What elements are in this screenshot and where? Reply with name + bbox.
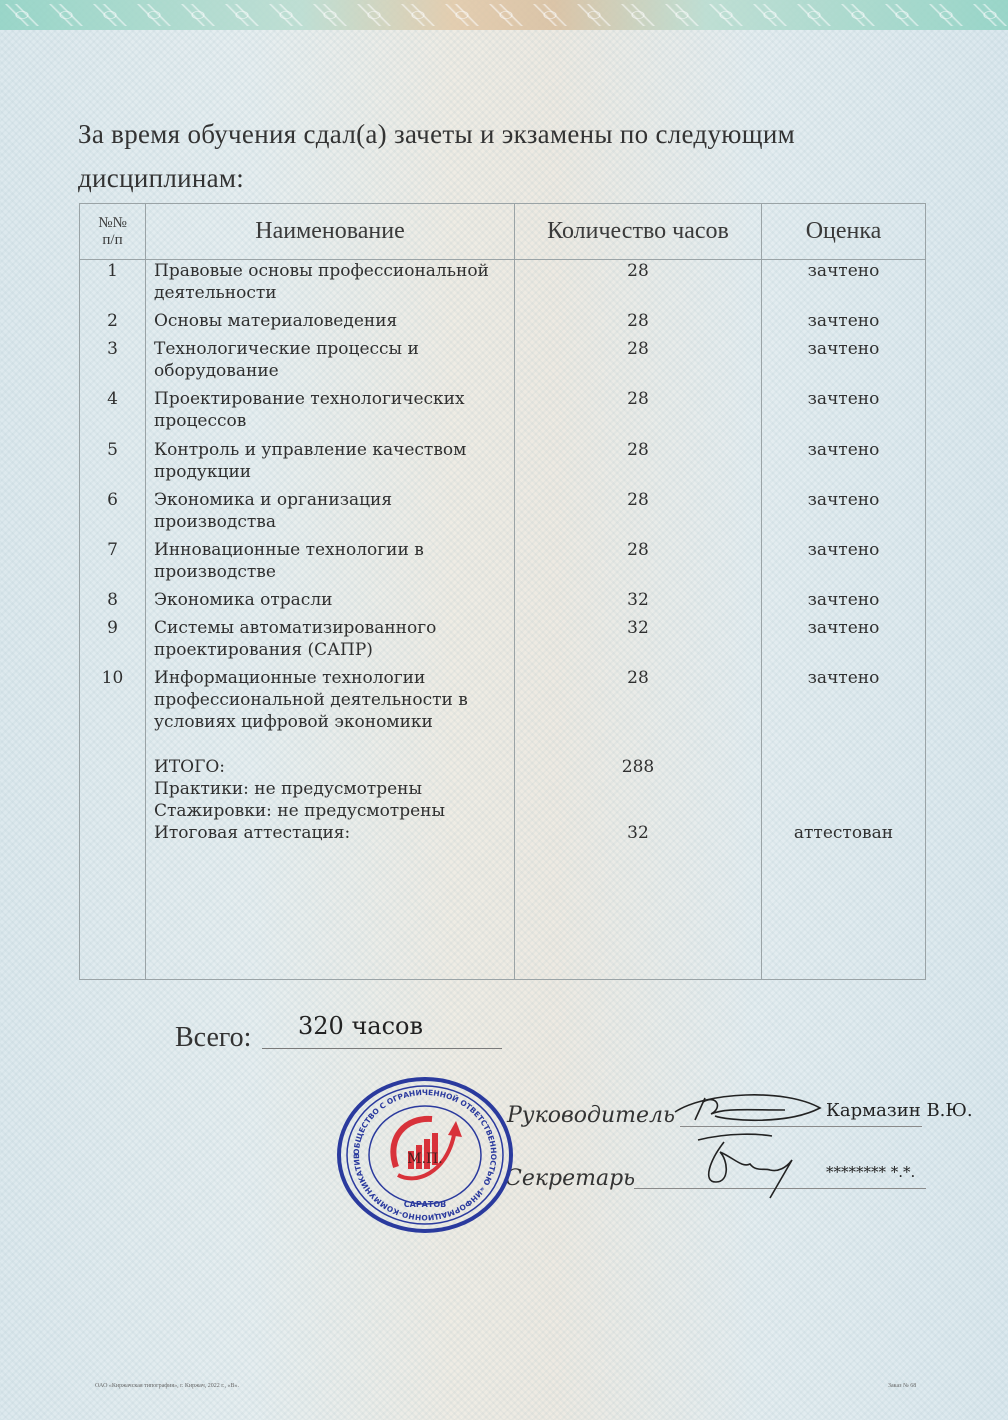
table-row: 7Инновационные технологии в производстве… [80,539,926,589]
row-discipline-name: Экономика и организация производства [146,489,515,539]
header-name: Наименование [146,204,515,260]
row-grade: зачтено [762,539,926,589]
director-label: Руководитель [507,1103,675,1128]
row-number: 8 [80,589,146,617]
row-hours: 28 [515,489,762,539]
row-hours: 28 [515,310,762,338]
table-row: 9Системы автоматизированного проектирова… [80,617,926,667]
summary-final-grade: аттестован [762,822,925,844]
row-number: 9 [80,617,146,667]
summary-total-hours: 288 [515,756,761,778]
row-hours: 28 [515,338,762,388]
header-hours: Количество часов [515,204,762,260]
row-number: 2 [80,310,146,338]
row-grade: зачтено [762,338,926,388]
row-hours: 32 [515,589,762,617]
row-hours: 28 [515,388,762,438]
row-grade: зачтено [762,489,926,539]
director-signature-icon [665,1090,825,1130]
row-number: 4 [80,388,146,438]
stamp-city: САРАТОВ [404,1200,446,1209]
header-number-line2: п/п [80,232,145,249]
row-grade: зачтено [762,439,926,489]
row-grade: зачтено [762,667,926,739]
row-discipline-name: Контроль и управление качеством продукци… [146,439,515,489]
row-hours: 28 [515,539,762,589]
table-header-row: №№ п/п Наименование Количество часов Оце… [80,204,926,260]
row-hours: 28 [515,439,762,489]
stamp-mp-label: М.П. [407,1151,442,1167]
printer-footer: ОАО «Киржачская типография», г. Киржач, … [95,1383,239,1389]
row-discipline-name: Информационные технологии профессиональн… [146,667,515,739]
summary-grades: аттестован [762,740,926,980]
row-discipline-name: Системы автоматизированного проектирован… [146,617,515,667]
row-grade: зачтено [762,260,926,311]
table-row: 3Технологические процессы и оборудование… [80,338,926,388]
header-number-line1: №№ [80,215,145,232]
row-grade: зачтено [762,310,926,338]
summary-hours: 288 32 [515,740,762,980]
secretary-signature-icon [690,1130,800,1202]
row-discipline-name: Инновационные технологии в производстве [146,539,515,589]
stamp-logo-arrow-icon [448,1121,462,1137]
row-hours: 28 [515,260,762,311]
decorative-top-border [0,0,1008,30]
secretary-name: ******** *.*. [826,1163,915,1181]
row-number: 7 [80,539,146,589]
header-grade: Оценка [762,204,926,260]
secretary-label: Секретарь [505,1166,635,1191]
total-label: Всего: [175,1022,251,1054]
grades-table: №№ п/п Наименование Количество часов Оце… [79,203,926,980]
director-name: Кармазин В.Ю. [826,1100,973,1121]
row-hours: 32 [515,617,762,667]
table-row: 5Контроль и управление качеством продукц… [80,439,926,489]
summary-practice-label: Практики: не предусмотрены [154,778,514,800]
row-discipline-name: Технологические процессы и оборудование [146,338,515,388]
summary-final-label: Итоговая аттестация: [154,822,514,844]
summary-total-label: ИТОГО: [154,756,514,778]
row-grade: зачтено [762,617,926,667]
row-hours: 28 [515,667,762,739]
header-number: №№ п/п [80,204,146,260]
diamond-ornament [0,4,1008,26]
row-number: 6 [80,489,146,539]
official-stamp: ОБЩЕСТВО С ОГРАНИЧЕННОЙ ОТВЕТСТВЕННОСТЬЮ… [336,1077,514,1233]
row-discipline-name: Основы материаловедения [146,310,515,338]
summary-internship-label: Стажировки: не предусмотрены [154,800,514,822]
table-row: 10Информационные технологии профессионал… [80,667,926,739]
row-discipline-name: Проектирование технологических процессов [146,388,515,438]
table-row: 6Экономика и организация производства28з… [80,489,926,539]
row-number: 1 [80,260,146,311]
row-number: 5 [80,439,146,489]
row-grade: зачтено [762,589,926,617]
table-summary-row: ИТОГО:Практики: не предусмотреныСтажиров… [80,740,926,980]
row-number: 3 [80,338,146,388]
row-discipline-name: Правовые основы профессиональной деятель… [146,260,515,311]
page-heading: За время обучения сдал(а) зачеты и экзам… [78,112,938,200]
summary-final-hours: 32 [515,822,761,844]
row-discipline-name: Экономика отрасли [146,589,515,617]
table-row: 8Экономика отрасли32зачтено [80,589,926,617]
row-grade: зачтено [762,388,926,438]
table-row: 2Основы материаловедения28зачтено [80,310,926,338]
table-row: 1Правовые основы профессиональной деятел… [80,260,926,311]
table-row: 4Проектирование технологических процессо… [80,388,926,438]
total-underline [262,1048,502,1049]
summary-number [80,740,146,980]
order-number: Заказ № 68 [888,1383,916,1389]
total-value: 320 часов [298,1012,423,1040]
summary-labels: ИТОГО:Практики: не предусмотреныСтажиров… [146,740,515,980]
row-number: 10 [80,667,146,739]
